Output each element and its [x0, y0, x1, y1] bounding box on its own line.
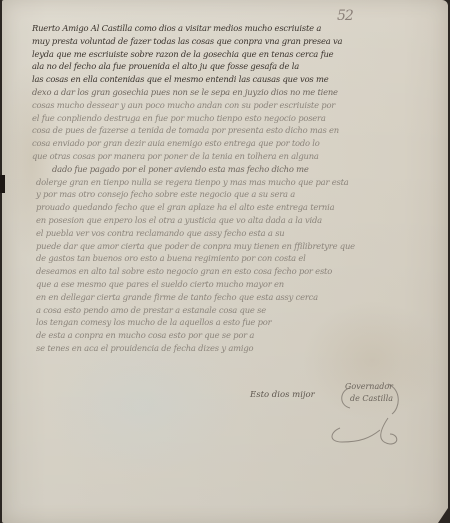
manuscript-line: las cosas en ella contenidas que el mesm…	[32, 73, 437, 86]
binding-edge	[0, 175, 5, 193]
manuscript-line: en posesion que enpero los el otra a yus…	[32, 214, 437, 227]
closing-text: Esto dios mijor	[250, 390, 315, 400]
manuscript-line: el puebla ver vos contra reclamando que …	[32, 227, 437, 240]
manuscript-page: 52 Ruerto Amigo Al Castilla como dios a …	[2, 0, 448, 523]
manuscript-line: muy presta voluntad de fazer todas las c…	[32, 35, 437, 48]
manuscript-line: a cosa esto pendo amo de prestar a estan…	[32, 304, 437, 317]
manuscript-line: que a ese mesmo que pares el sueldo cier…	[32, 278, 437, 291]
manuscript-line: en en dellegar cierta grande firme de ta…	[32, 291, 437, 304]
manuscript-line: deseamos en alto tal sobre esto negocio …	[32, 265, 437, 278]
manuscript-line: dolerge gran en tienpo nulla se regera t…	[32, 176, 437, 189]
manuscript-line: cosas mucho dessear y aun poco mucho and…	[32, 99, 437, 112]
manuscript-line: prouado quedando fecho que el gran aplaz…	[32, 201, 437, 214]
torn-corner	[438, 505, 450, 523]
manuscript-line: leyda que me escriuiste sobre razon de l…	[32, 48, 437, 61]
manuscript-line: dado fue pagado por el poner aviendo est…	[32, 163, 437, 176]
signature-line-1: Governador	[345, 382, 393, 391]
manuscript-line: se tenes en aca el prouidencia de fecha …	[32, 342, 437, 355]
letter-body: Ruerto Amigo Al Castilla como dios a vis…	[32, 22, 437, 355]
manuscript-line: de esta a conpra en mucho cosa esto por …	[32, 329, 437, 342]
signature-line-2: de Castilla	[350, 394, 393, 403]
manuscript-line: de gastos tan buenos oro esto a buena re…	[32, 252, 437, 265]
signature-block: Esto dios mijor Governador de Castilla	[250, 380, 440, 460]
signature-flourish-icon	[310, 380, 450, 460]
manuscript-line: Ruerto Amigo Al Castilla como dios a vis…	[32, 22, 437, 35]
manuscript-line: cosa de pues de fazerse a tenida de toma…	[32, 124, 437, 137]
manuscript-line: ala no del fecho ala fue prouenida el al…	[32, 60, 437, 73]
manuscript-line: y por mas otro consejo fecho sobre este …	[32, 188, 437, 201]
manuscript-line: cosa enviado por gran dezir auia enemigo…	[32, 137, 437, 150]
manuscript-line: puede dar que amor cierta que poder de c…	[32, 240, 437, 253]
manuscript-line: dexo a dar los gran gosechia pues non se…	[32, 86, 437, 99]
manuscript-line: que otras cosas por manera por poner de …	[32, 150, 437, 163]
manuscript-line: el fue conpliendo destruga en fue por mu…	[32, 112, 437, 125]
manuscript-line: los tengan comesy los mucho de la aquell…	[32, 316, 437, 329]
